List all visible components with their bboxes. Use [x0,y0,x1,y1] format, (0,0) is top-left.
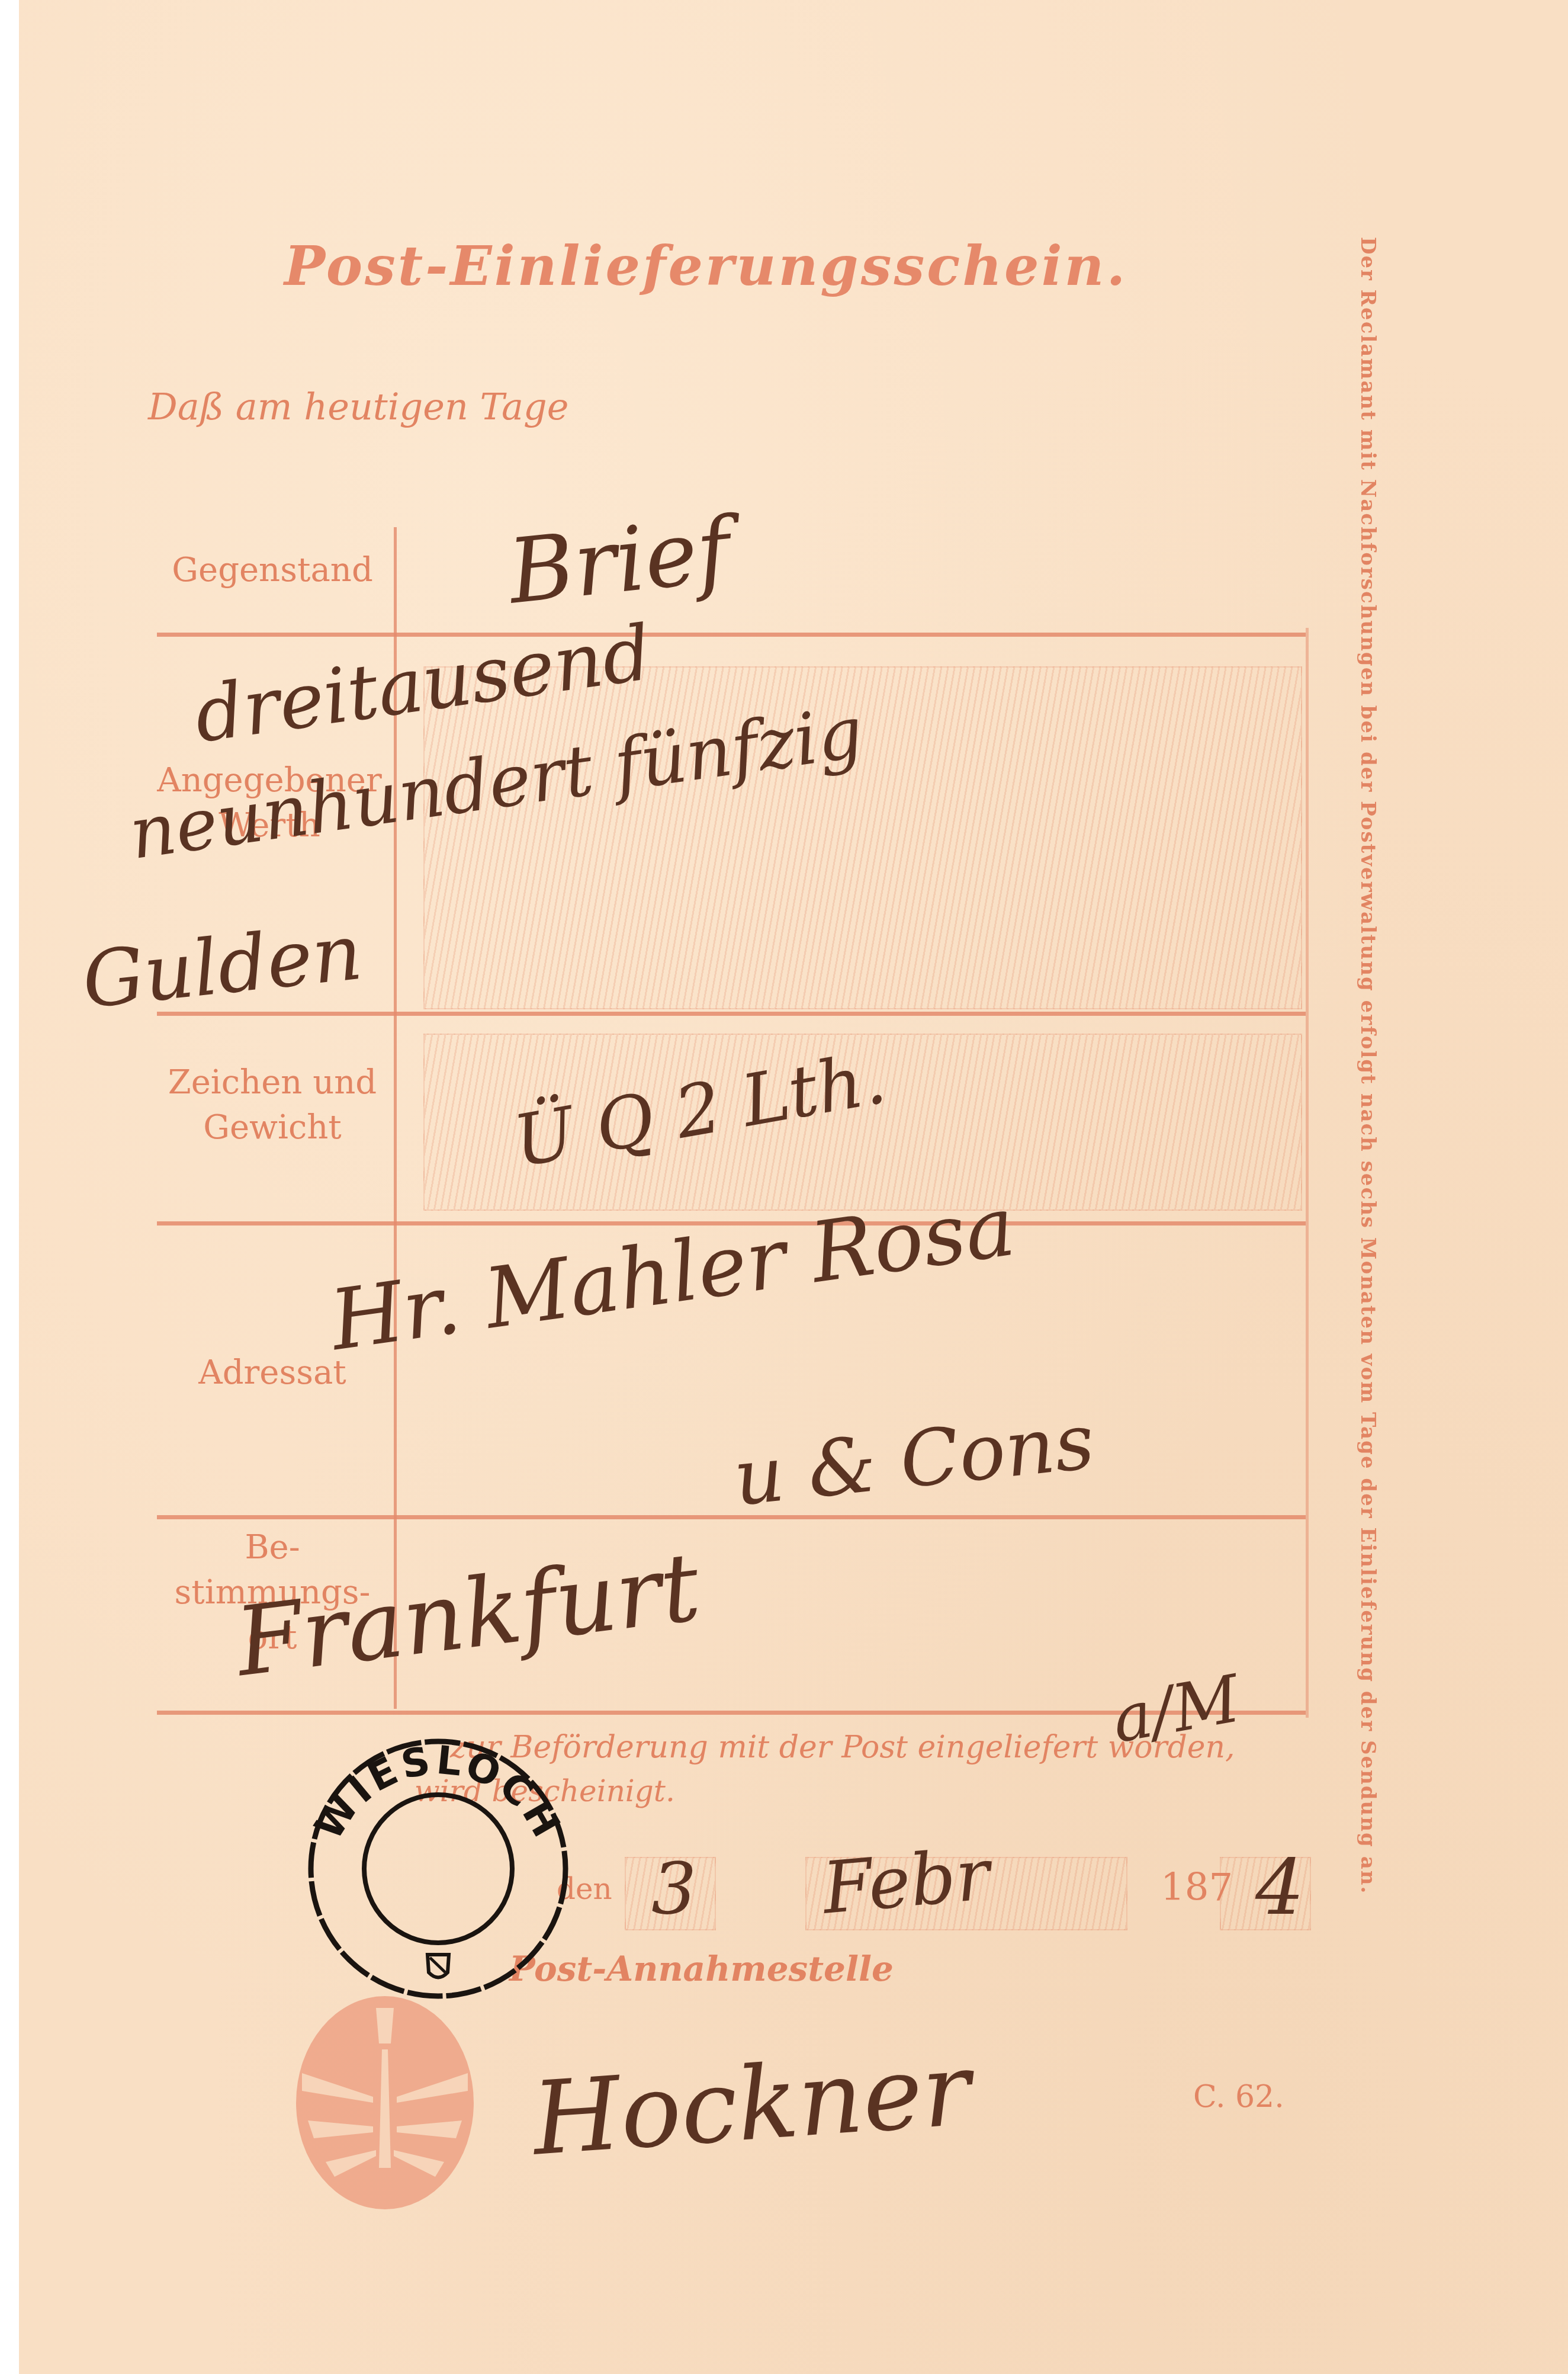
postmark-stamp: WIESLOCH [290,1721,586,2017]
year-printed: 187 [1161,1866,1233,1910]
document-title: Post-Einlieferungsschein. [284,234,1128,298]
form-number: C. 62. [1193,2079,1284,2115]
side-note: Der Reclamant mit Nachforschungen bei de… [1344,237,1380,2132]
handwritten-date-month: Febr [820,1834,993,1930]
label-gegenstand: Gegenstand [160,548,385,593]
right-border [1306,628,1309,1718]
row-divider-1 [157,633,1306,637]
label-zeichen-gewicht: Zeichen und Gewicht [154,1060,391,1150]
row-divider-4 [157,1515,1306,1519]
intro-text: Daß am heutigen Tage [148,385,568,428]
row-divider-2 [157,1012,1306,1016]
value-hatch-box [423,666,1302,1009]
handwritten-year-digit: 4 [1255,1842,1304,1932]
side-note-text: Der Reclamant mit Nachforschungen bei de… [1356,237,1380,1894]
handwritten-date-day: 3 [651,1848,696,1930]
